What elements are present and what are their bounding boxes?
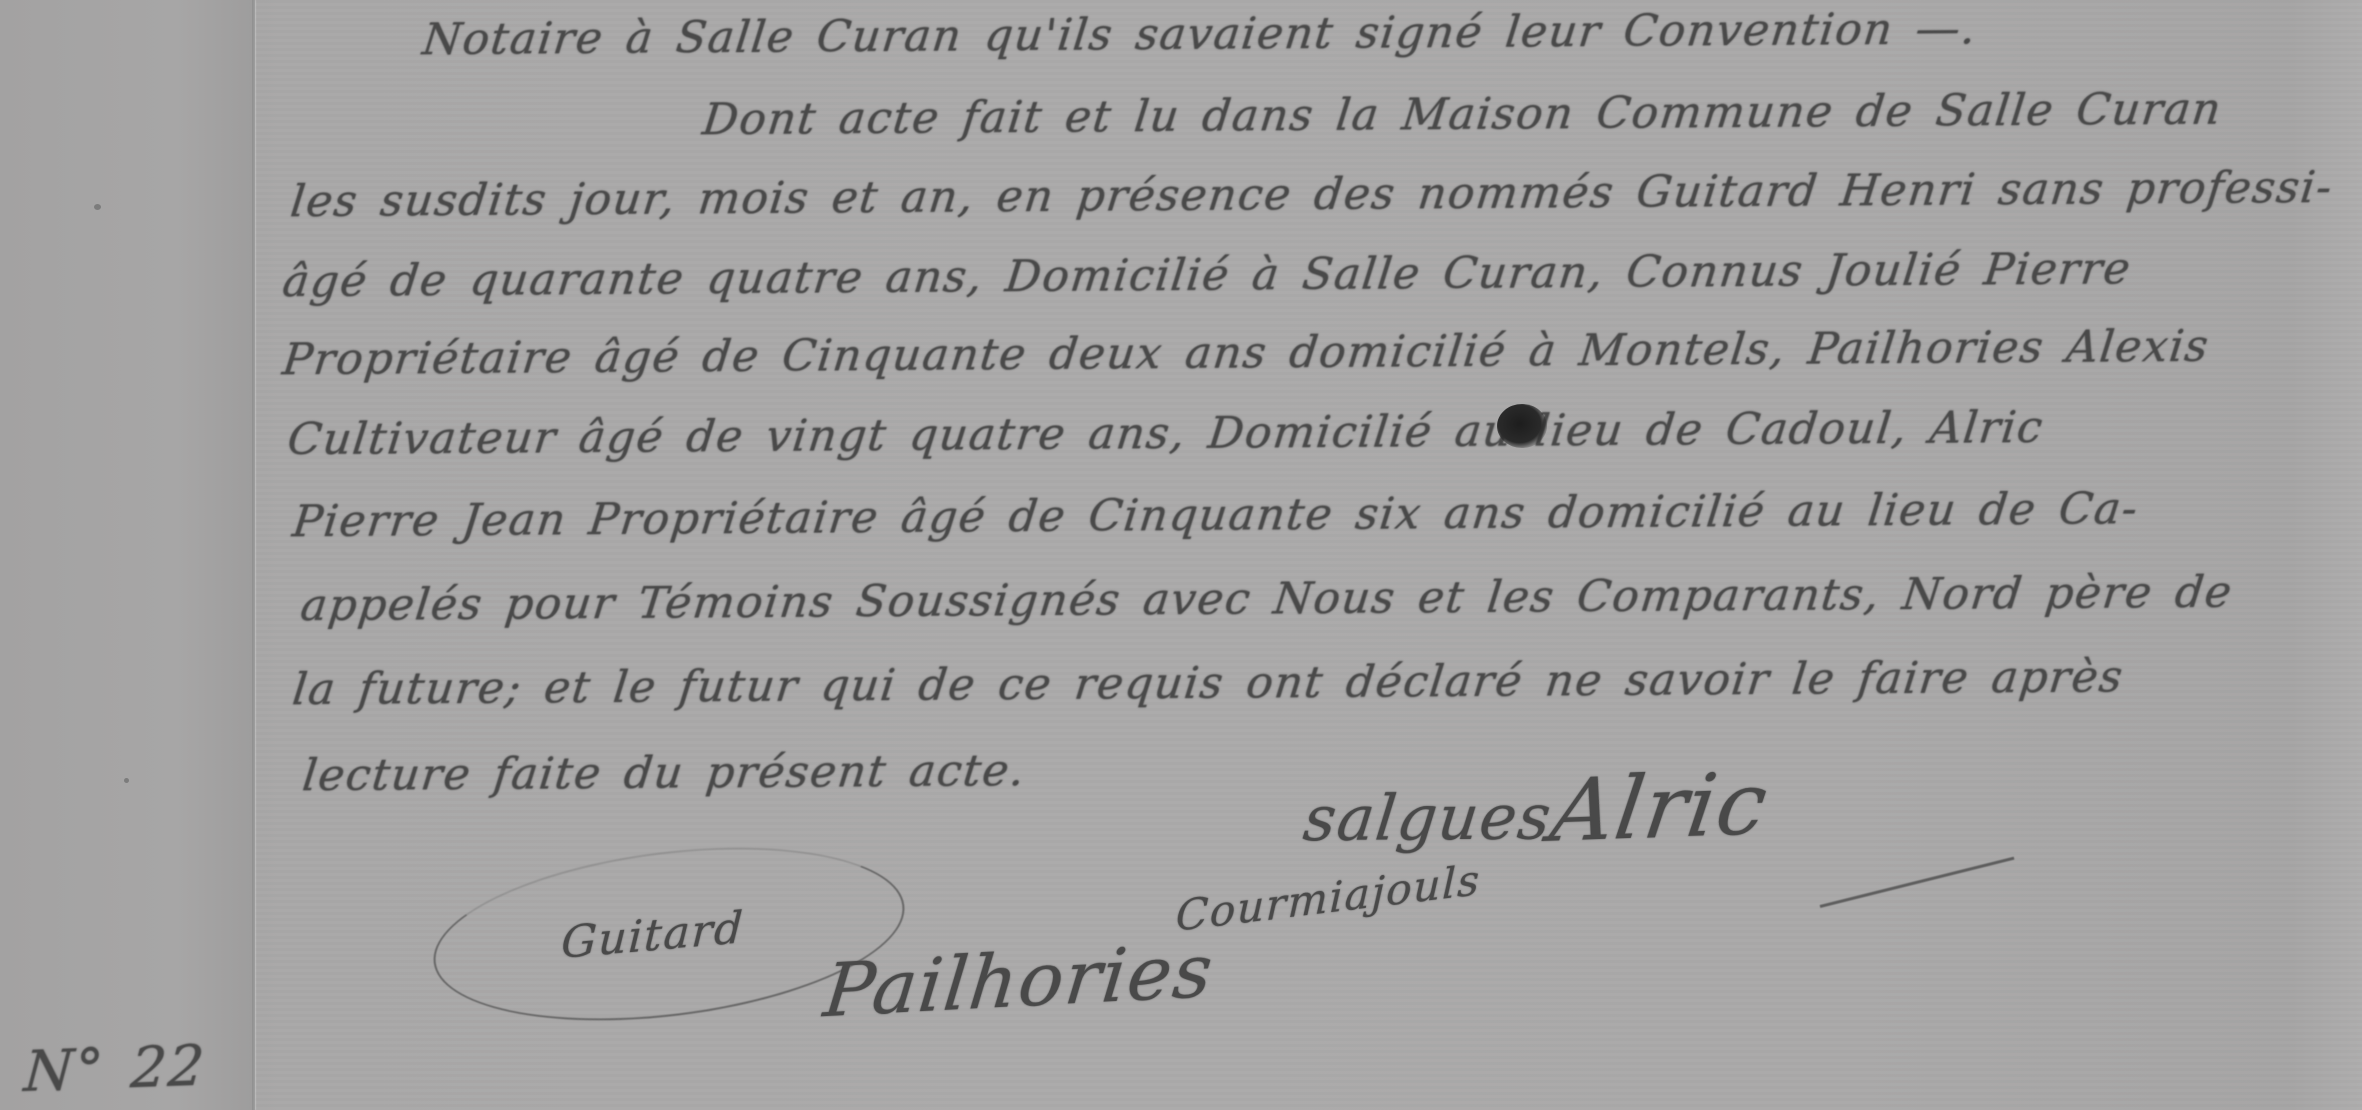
dust-speck: [124, 778, 129, 783]
page-fold-line: [252, 0, 255, 1110]
handwriting-line-2: Dont acte fait et lu dans la Maison Comm…: [700, 83, 2225, 145]
handwriting-line-6: Cultivateur âgé de vingt quatre ans, Dom…: [285, 402, 2046, 465]
dust-speck: [94, 204, 101, 210]
handwriting-line-4: âgé de quarante quatre ans, Domicilié à …: [280, 243, 2134, 307]
handwriting-line-9: la future; et le futur qui de ce requis …: [290, 651, 2126, 715]
page-left-margin: [0, 0, 252, 1110]
margin-act-number: N° 22: [22, 1034, 208, 1105]
handwriting-line-5: Propriétaire âgé de Cinquante deux ans d…: [280, 321, 2212, 385]
handwriting-line-7: Pierre Jean Propriétaire âgé de Cinquant…: [290, 483, 2141, 547]
handwriting-line-8: appelés pour Témoins Soussignés avec Nou…: [298, 567, 2236, 631]
signature-salgues: salgues: [1300, 780, 1556, 855]
handwriting-line-10: lecture faite du présent acte.: [300, 745, 1029, 801]
document-scan: Notaire à Salle Curan qu'ils savaient si…: [0, 0, 2362, 1110]
signature-flourish-stroke: [1820, 857, 2015, 908]
signature-alric: Alric: [1545, 755, 1774, 862]
handwriting-line-1: Notaire à Salle Curan qu'ils savaient si…: [420, 3, 1980, 65]
ink-blot: [1497, 404, 1547, 448]
signature-courmiajouls: Courmiajouls: [1175, 856, 1482, 941]
handwriting-line-3: les susdits jour, mois et an, en présenc…: [288, 162, 2336, 227]
